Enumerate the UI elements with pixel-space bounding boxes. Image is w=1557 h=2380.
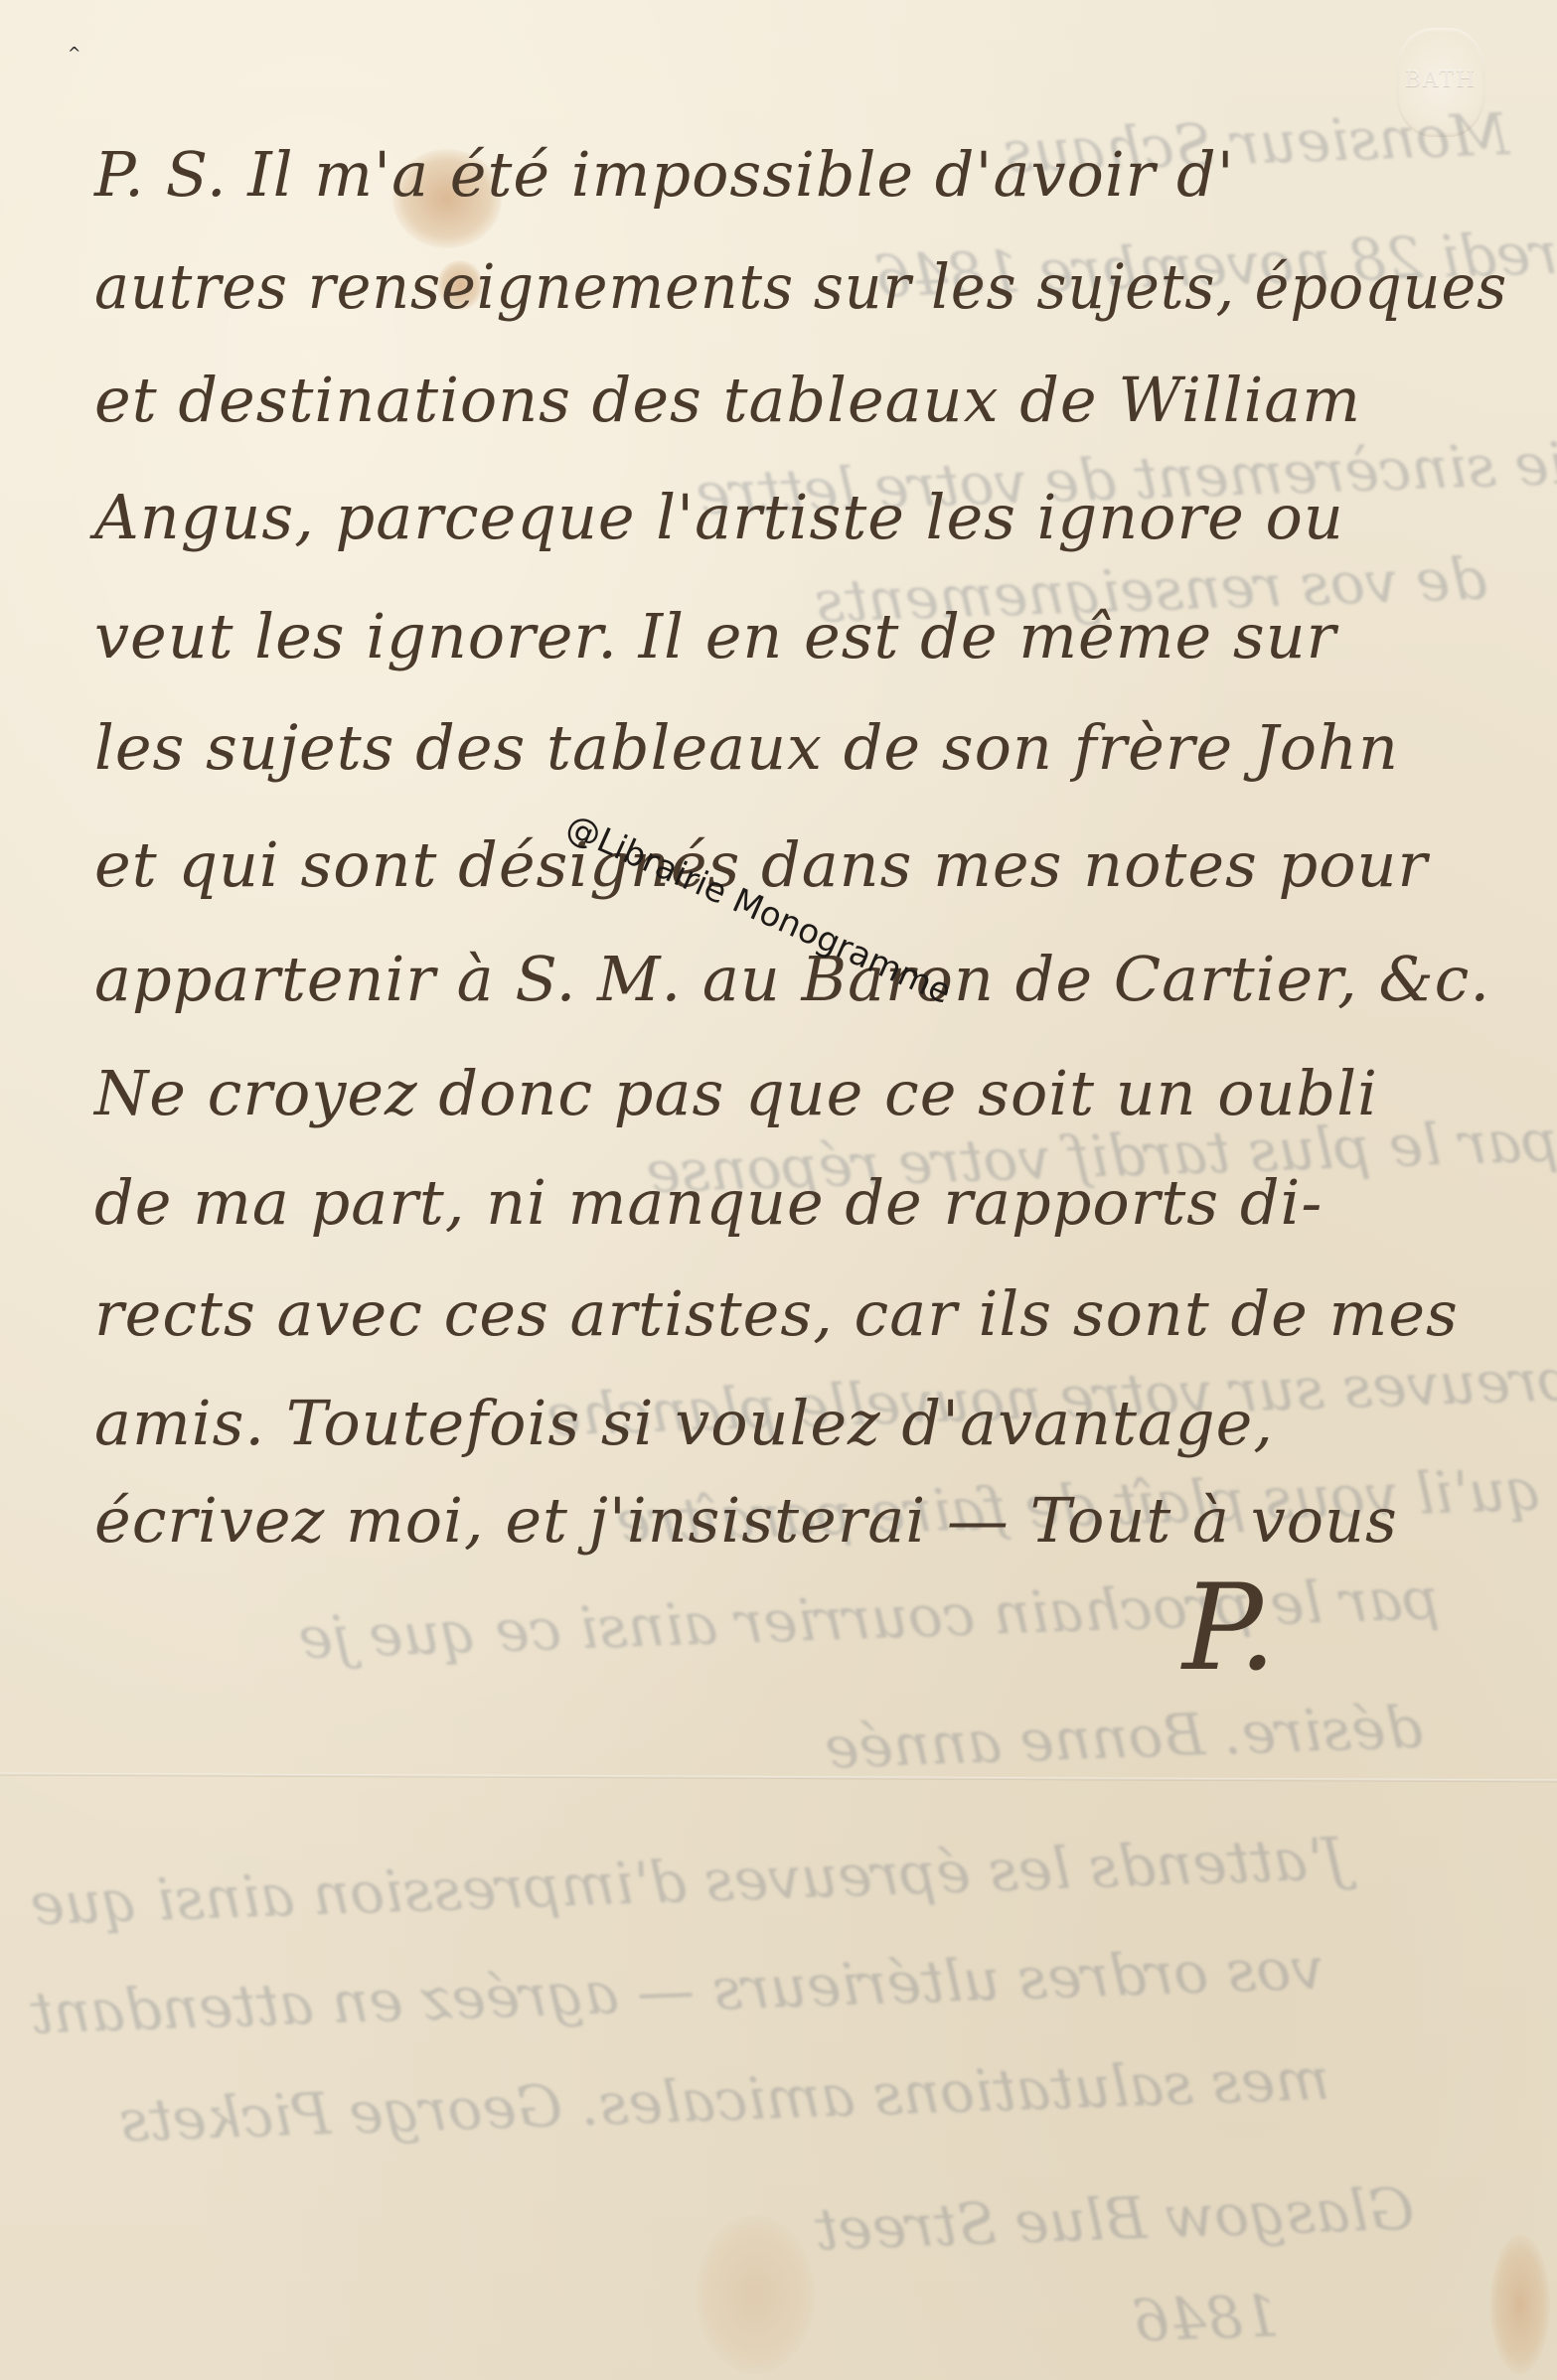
bleed-through-line: désire. Bonne année [824, 1694, 1424, 1782]
letter-line-8: appartenir à S. M. au Baron de Cartier, … [94, 949, 1507, 1010]
letter-line-5: veut les ignorer. Il en est de même sur [94, 606, 1507, 668]
bleed-through-line: Glasgow Blue Street [814, 2174, 1415, 2263]
bleed-through-line: 1846 [1132, 2282, 1281, 2354]
stain-bottom-right [1490, 2235, 1550, 2374]
letter-line-3: et destinations des tableaux de William [94, 370, 1507, 431]
letter-line-10: de ma part, ni manque de rapports di- [94, 1172, 1507, 1234]
letter-line-11: rects avec ces artistes, car ils sont de… [94, 1283, 1507, 1345]
corner-mark: ^ [68, 44, 80, 63]
letter-line-13: écrivez moi, et j'insisterai — Tout à vo… [94, 1490, 1507, 1552]
letter-line-12: amis. Toutefois si voulez d'avantage, [94, 1393, 1507, 1454]
signature-initial: P. [1182, 1560, 1277, 1698]
stain-bottom-center [696, 2215, 815, 2374]
letter-line-4: Angus, parceque l'artiste les ignore ou [94, 487, 1507, 548]
letter-page: ^ BATH Monsieur Schaus Vendredi 28 novem… [0, 0, 1557, 2380]
bleed-through-line: vos ordres ultérieurs — agréez en attend… [29, 1934, 1324, 2046]
letter-line-7: et qui sont désignés dans mes notes pour [94, 834, 1507, 896]
paper-fold-line [0, 1773, 1557, 1783]
bleed-through-line: J'attends les épreuves d'impression ains… [29, 1825, 1347, 1938]
letter-line-1: P. S. Il m'a été impossible d'avoir d' [94, 144, 1507, 206]
emboss-stamp-label: BATH [1396, 68, 1485, 92]
letter-line-2: autres renseignements sur les sujets, ép… [94, 256, 1432, 318]
bleed-through-line: mes salutations amicales. George Pickets [118, 2045, 1330, 2155]
letter-line-9: Ne croyez donc pas que ce soit un oubli [94, 1063, 1507, 1124]
letter-line-6: les sujets des tableaux de son frère Joh… [94, 717, 1507, 779]
